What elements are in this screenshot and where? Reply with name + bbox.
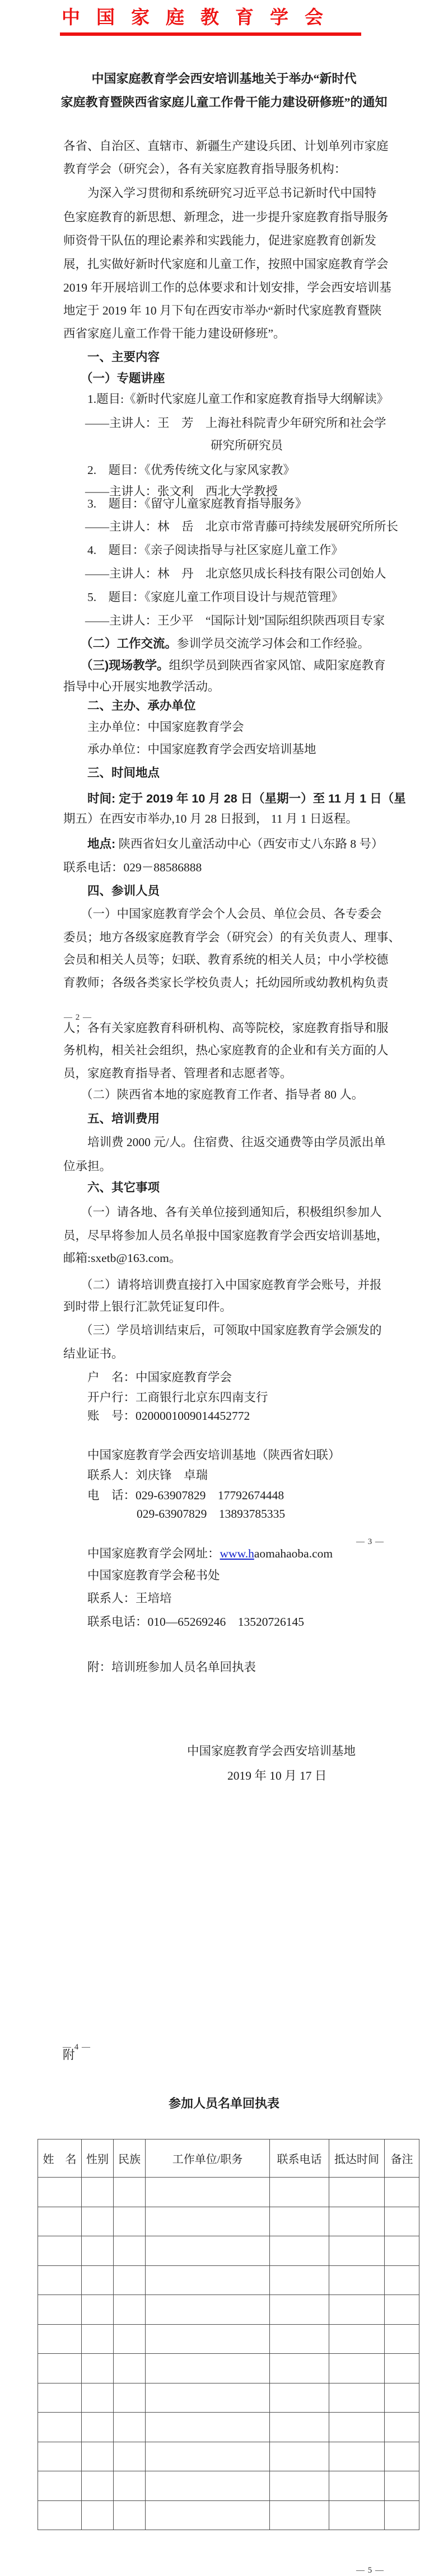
roster-cell <box>385 2383 419 2413</box>
text-run: （二）工作交流。 <box>81 637 177 650</box>
doc-line: 5. 题目：《家庭儿童工作项目设计与规范管理》 <box>87 590 343 604</box>
doc-line: 委员；地方各级家庭教育学会（研究会）的有关负责人、理事、 <box>63 930 400 945</box>
text-run: 组织学员到陕西省家风馆、咸阳家庭教育 <box>169 659 386 672</box>
doc-line: 色家庭教育的新思想、新理念，进一步提升家庭教育指导服务 <box>63 210 389 224</box>
roster-cell <box>146 2295 270 2325</box>
doc-line: 主办单位：中国家庭教育学会 <box>87 720 244 734</box>
roster-cell <box>329 2500 385 2530</box>
roster-cell <box>82 2442 114 2471</box>
roster-cell <box>329 2324 385 2354</box>
roster-cell <box>82 2500 114 2530</box>
roster-cell <box>38 2383 82 2413</box>
roster-cell <box>270 2178 329 2207</box>
text-run: 地点: <box>87 837 115 851</box>
roster-cell <box>82 2178 114 2207</box>
roster-cell <box>114 2178 146 2207</box>
roster-cell <box>114 2500 146 2530</box>
doc-line: 联系人：王培培 <box>87 1591 172 1606</box>
text-run: 附：培训班参加人员名单回执表 <box>87 1660 256 1674</box>
doc-line: （一）中国家庭教育学会个人会员、单位会员、各专委会 <box>81 907 382 921</box>
roster-cell <box>38 2413 82 2442</box>
roster-cell <box>329 2413 385 2442</box>
text-run: 会员和相关人员等；妇联、教育系统的相关人员；中小学校德 <box>63 953 389 966</box>
roster-cell <box>82 2236 114 2266</box>
page-number: — 2 — <box>64 1013 92 1022</box>
section-heading: 三、时间地点 <box>87 766 160 780</box>
doc-line: 研究所研究员 <box>211 438 283 453</box>
text-run: 邮箱:sxetb@163.com。 <box>63 1251 181 1265</box>
notice-title-line1: 中国家庭教育学会西安培训基地关于举办“新时代 <box>0 69 448 87</box>
text-run: （二）请将培训费直接打入中国家庭教育学会账号，并报 <box>81 1278 382 1292</box>
text-run: 各省、自治区、直辖市、新疆生产建设兵团、计划单列市家庭 <box>63 139 389 153</box>
roster-cell <box>385 2413 419 2442</box>
doc-line: 培训费 2000 元/人。住宿费、往返交通费等由学员派出单 <box>87 1135 386 1149</box>
text-run: 户 名：中国家庭教育学会 <box>87 1371 232 1384</box>
doc-line: 各省、自治区、直辖市、新疆生产建设兵团、计划单列市家庭 <box>63 139 389 153</box>
roster-cell <box>38 2265 82 2295</box>
roster-row <box>38 2236 419 2266</box>
roster-cell <box>38 2324 82 2354</box>
roster-cell <box>270 2471 329 2501</box>
doc-line: 员，尽早将参加人员名单报中国家庭教育学会西安培训基地， <box>63 1228 389 1243</box>
text-run: （一）请各地、各有关单位接到通知后，积极组织参加人 <box>81 1205 382 1219</box>
text-run: 联系人：刘庆锋 卓瑞 <box>87 1468 208 1482</box>
doc-line: ——主讲人：林 丹 北京悠贝成长科技有限公司创始人 <box>85 566 386 581</box>
roster-cell <box>329 2236 385 2266</box>
doc-line: 时间: 定于 2019 年 10 月 28 日（星期一）至 11 月 1 日（星 <box>87 791 406 806</box>
text-run: 029-63907829 13893785335 <box>137 1507 285 1521</box>
text-run: 电 话：029-63907829 17792674448 <box>87 1489 284 1502</box>
roster-cell <box>82 2324 114 2354</box>
text-run: 人；各有关家庭教育科研机构、高等院校，家庭教育指导和服 <box>63 1021 389 1035</box>
roster-cell <box>329 2207 385 2236</box>
text-run: ——主讲人：王 芳 上海社科院青少年研究所和社会学 <box>85 416 386 430</box>
roster-header-cell: 工作单位/职务 <box>146 2139 270 2178</box>
text-run: 时间: 定于 2019 年 10 月 28 日（星期一）至 11 月 1 日（星 <box>87 792 406 805</box>
roster-cell <box>146 2354 270 2383</box>
text-run: 中国家庭教育学会西安培训基地 <box>187 1744 356 1758</box>
roster-cell <box>270 2354 329 2383</box>
doc-line: 开户行：工商银行北京东四南支行 <box>87 1390 268 1405</box>
doc-line: 西省家庭儿童工作骨干能力建设研修班”。 <box>63 326 286 341</box>
roster-cell <box>146 2236 270 2266</box>
roster-cell <box>114 2413 146 2442</box>
text-run: 二、主办、承办单位 <box>87 699 196 712</box>
text-run: 3. 题目：《留守儿童家庭教育指导服务》 <box>87 497 307 510</box>
doc-line: 2019 年 10 月 17 日 <box>227 1768 326 1783</box>
doc-line: 地定于 2019 年 10 月下旬在西安市举办“新时代家庭教育暨陕 <box>63 303 382 318</box>
roster-cell <box>114 2471 146 2501</box>
roster-row <box>38 2324 419 2354</box>
roster-row <box>38 2442 419 2471</box>
doc-line: 029-63907829 13893785335 <box>137 1507 285 1521</box>
roster-cell <box>270 2265 329 2295</box>
doc-line: 为深入学习贯彻和系统研究习近平总书记新时代中国特 <box>87 186 376 200</box>
roster-cell <box>270 2413 329 2442</box>
section-heading: 二、主办、承办单位 <box>87 698 196 713</box>
doc-line: 中国家庭教育学会网址：www.haomahaoba.com <box>87 1546 333 1561</box>
text-run: 师资骨干队伍的理论素养和实践能力，促进家庭教育创新发 <box>63 234 376 247</box>
doc-line: 账 号：0200001009014452772 <box>87 1409 250 1423</box>
page-number: — 3 — <box>356 1537 384 1547</box>
text-run: 展，扎实做好新时代家庭和儿童工作，按照中国家庭教育学会 <box>63 257 389 271</box>
roster-cell <box>38 2471 82 2501</box>
org-header-title: 中国家庭教育学会 <box>62 3 339 29</box>
roster-cell <box>329 2383 385 2413</box>
roster-cell <box>82 2295 114 2325</box>
text-run: 地定于 2019 年 10 月下旬在西安市举办“新时代家庭教育暨陕 <box>63 304 382 317</box>
roster-row <box>38 2178 419 2207</box>
doc-line: 3. 题目：《留守儿童家庭教育指导服务》 <box>87 496 307 511</box>
text-run: 开户行：工商银行北京东四南支行 <box>87 1391 268 1404</box>
text-run: 为深入学习贯彻和系统研究习近平总书记新时代中国特 <box>87 186 376 200</box>
roster-cell <box>82 2471 114 2501</box>
roster-cell <box>385 2236 419 2266</box>
text-run: 承办单位：中国家庭教育学会西安培训基地 <box>87 743 316 756</box>
text-run: （二）陕西省本地的家庭教育工作者、指导者 80 人。 <box>81 1088 363 1101</box>
roster-cell <box>146 2413 270 2442</box>
text-run: 联系电话：029－88586888 <box>63 861 202 874</box>
roster-header-cell: 民族 <box>114 2139 146 2178</box>
roster-cell <box>38 2207 82 2236</box>
text-run: 务机构，相关社会组织，热心家庭教育的企业和有关方面的人 <box>63 1044 389 1057</box>
website-link[interactable]: www.h <box>220 1547 254 1560</box>
text-run: 联系人：王培培 <box>87 1592 172 1605</box>
roster-row <box>38 2471 419 2501</box>
section-heading: （一）专题讲座 <box>81 371 165 386</box>
roster-cell <box>385 2471 419 2501</box>
text-run: （一）专题讲座 <box>81 372 165 385</box>
doc-line: 附：培训班参加人员名单回执表 <box>87 1660 256 1674</box>
roster-header-cell: 性别 <box>82 2139 114 2178</box>
text-run: 色家庭教育的新思想、新理念，进一步提升家庭教育指导服务 <box>63 210 389 224</box>
roster-cell <box>114 2324 146 2354</box>
roster-cell <box>270 2500 329 2530</box>
roster-cell <box>385 2295 419 2325</box>
doc-line: 育教师；各级各类家长学校负责人；托幼园所或幼教机构负责 <box>63 975 389 990</box>
roster-cell <box>270 2383 329 2413</box>
text-run: ——主讲人：王少平 “国际计划”国际组织陕西项目专家 <box>85 614 385 627</box>
roster-cell <box>38 2354 82 2383</box>
doc-line: 结业证书。 <box>63 1346 124 1361</box>
text-run: 委员；地方各级家庭教育学会（研究会）的有关负责人、理事、 <box>63 931 400 944</box>
roster-cell <box>385 2500 419 2530</box>
roster-header-row: 姓 名性别民族工作单位/职务联系电话抵达时间备注 <box>38 2139 419 2178</box>
text-run: 指导中心开展实地教学活动。 <box>63 680 220 693</box>
roster-row <box>38 2265 419 2295</box>
doc-line: 电 话：029-63907829 17792674448 <box>87 1488 284 1503</box>
text-run: 1.题目:《新时代家庭儿童工作和家庭教育指导大纲解读》 <box>87 392 389 406</box>
roster-cell <box>385 2324 419 2354</box>
roster-cell <box>146 2265 270 2295</box>
text-run: 六、其它事项 <box>87 1181 160 1194</box>
doc-line: （三)现场教学。组织学员到陕西省家风馆、咸阳家庭教育 <box>81 658 386 673</box>
doc-line: 联系电话：010—65269246 13520726145 <box>87 1615 304 1629</box>
roster-cell <box>38 2442 82 2471</box>
doc-line: 中国家庭教育学会秘书处 <box>87 1568 220 1583</box>
roster-cell <box>114 2354 146 2383</box>
roster-cell <box>270 2442 329 2471</box>
doc-line: 承办单位：中国家庭教育学会西安培训基地 <box>87 742 316 757</box>
doc-line: 1.题目:《新时代家庭儿童工作和家庭教育指导大纲解读》 <box>87 392 389 406</box>
doc-line: 联系人：刘庆锋 卓瑞 <box>87 1468 208 1482</box>
text-run: 研究所研究员 <box>211 439 283 452</box>
roster-row <box>38 2413 419 2442</box>
roster-cell <box>114 2442 146 2471</box>
doc-line: 2. 题目：《优秀传统文化与家风家教》 <box>87 463 295 477</box>
text-run: 西省家庭儿童工作骨干能力建设研修班”。 <box>63 327 286 340</box>
text-run: ——主讲人：林 丹 北京悠贝成长科技有限公司创始人 <box>85 567 386 580</box>
roster-header-cell: 备注 <box>385 2139 419 2178</box>
doc-line: ——主讲人：王 芳 上海社科院青少年研究所和社会学 <box>85 416 386 430</box>
doc-line: 位承担。 <box>63 1159 111 1174</box>
text-run: （三）学员培训结束后，可领取中国家庭教育学会颁发的 <box>81 1324 382 1337</box>
text-run: （一）中国家庭教育学会个人会员、单位会员、各专委会 <box>81 907 382 921</box>
roster-cell <box>329 2354 385 2383</box>
text-run: aomahaoba.com <box>254 1547 333 1560</box>
roster-cell <box>270 2236 329 2266</box>
roster-cell <box>270 2324 329 2354</box>
roster-cell <box>146 2442 270 2471</box>
doc-line: ——主讲人：王少平 “国际计划”国际组织陕西项目专家 <box>85 613 385 628</box>
doc-line: （二）请将培训费直接打入中国家庭教育学会账号，并报 <box>81 1278 382 1292</box>
doc-line: 教育学会（研究会），各有关家庭教育指导服务机构： <box>63 162 346 176</box>
text-run: 教育学会（研究会），各有关家庭教育指导服务机构： <box>63 162 346 176</box>
roster-cell <box>38 2295 82 2325</box>
text-run: 位承担。 <box>63 1160 111 1173</box>
text-run: 期五）在西安市举办,10 月 28 日报到， 11 月 1 日返程。 <box>63 812 358 825</box>
section-heading: 四、参训人员 <box>87 884 160 898</box>
roster-header-cell: 联系电话 <box>270 2139 329 2178</box>
roster-cell <box>146 2178 270 2207</box>
roster-row <box>38 2354 419 2383</box>
roster-cell <box>114 2295 146 2325</box>
roster-cell <box>329 2442 385 2471</box>
page-number: — 5 — <box>356 2566 384 2575</box>
roster-cell <box>82 2383 114 2413</box>
roster-cell <box>385 2178 419 2207</box>
text-run: 5. 题目：《家庭儿童工作项目设计与规范管理》 <box>87 590 343 604</box>
doc-line: 务机构，相关社会组织，热心家庭教育的企业和有关方面的人 <box>63 1043 389 1058</box>
roster-cell <box>82 2413 114 2442</box>
roster-cell <box>385 2207 419 2236</box>
doc-line: 2019 年开展培训工作的总体要求和计划安排，学会西安培训基 <box>63 280 391 295</box>
roster-cell <box>38 2178 82 2207</box>
doc-line: 4. 题目：《亲子阅读指导与社区家庭儿童工作》 <box>87 543 343 557</box>
text-run: 结业证书。 <box>63 1347 124 1360</box>
text-run: 育教师；各级各类家长学校负责人；托幼园所或幼教机构负责 <box>63 976 389 989</box>
roster-cell <box>270 2295 329 2325</box>
text-run: 账 号：0200001009014452772 <box>87 1409 250 1423</box>
doc-line: 师资骨干队伍的理论素养和实践能力，促进家庭教育创新发 <box>63 233 376 248</box>
page-number: — 4 — <box>63 2043 91 2052</box>
roster-cell <box>146 2383 270 2413</box>
text-run: 2019 年开展培训工作的总体要求和计划安排，学会西安培训基 <box>63 281 391 294</box>
roster-cell <box>38 2500 82 2530</box>
section-heading: 一、主要内容 <box>87 350 160 364</box>
text-run: 三、时间地点 <box>87 766 160 780</box>
roster-cell <box>329 2178 385 2207</box>
roster-cell <box>146 2471 270 2501</box>
doc-line: 员，家庭教育指导者、管理者和志愿者等。 <box>63 1066 292 1081</box>
text-run: 四、参训人员 <box>87 884 160 898</box>
roster-cell <box>114 2207 146 2236</box>
roster-cell <box>114 2265 146 2295</box>
notice-title-line2: 家庭教育暨陕西省家庭儿童工作骨干能力建设研修班”的通知 <box>0 93 448 110</box>
roster-row <box>38 2295 419 2325</box>
text-run: 中国家庭教育学会网址： <box>87 1547 220 1560</box>
roster-table: 姓 名性别民族工作单位/职务联系电话抵达时间备注 <box>38 2139 419 2530</box>
doc-line: （二）陕西省本地的家庭教育工作者、指导者 80 人。 <box>81 1087 363 1102</box>
text-run: 员，家庭教育指导者、管理者和志愿者等。 <box>63 1067 292 1080</box>
text-run: 中国家庭教育学会秘书处 <box>87 1569 220 1582</box>
text-run: 员，尽早将参加人员名单报中国家庭教育学会西安培训基地， <box>63 1229 389 1242</box>
doc-line: 地点: 陕西省妇女儿童活动中心（西安市丈八东路 8 号） <box>87 837 384 851</box>
doc-line: （二）工作交流。参训学员交流学习体会和工作经验。 <box>81 636 370 651</box>
roster-cell <box>146 2500 270 2530</box>
doc-line: 人；各有关家庭教育科研机构、高等院校，家庭教育指导和服 <box>63 1021 389 1035</box>
roster-cell <box>329 2265 385 2295</box>
roster-cell <box>385 2354 419 2383</box>
text-run: 五、培训费用 <box>87 1112 160 1125</box>
doc-line: 指导中心开展实地教学活动。 <box>63 679 220 694</box>
roster-cell <box>146 2324 270 2354</box>
text-run: 陕西省妇女儿童活动中心（西安市丈八东路 8 号） <box>115 837 383 851</box>
roster-cell <box>146 2207 270 2236</box>
text-run: 中国家庭教育学会西安培训基地（陕西省妇联） <box>87 1448 340 1462</box>
roster-row <box>38 2207 419 2236</box>
section-heading: 六、其它事项 <box>87 1180 160 1195</box>
doc-line: 中国家庭教育学会西安培训基地（陕西省妇联） <box>87 1448 340 1462</box>
roster-row <box>38 2383 419 2413</box>
text-run: 4. 题目：《亲子阅读指导与社区家庭儿童工作》 <box>87 543 343 557</box>
text-run: ——主讲人：林 岳 北京市常青藤可持续发展研究所所长 <box>85 520 398 533</box>
doc-line: 会员和相关人员等；妇联、教育系统的相关人员；中小学校德 <box>63 952 389 967</box>
text-run: 2. 题目：《优秀传统文化与家风家教》 <box>87 463 295 477</box>
roster-row <box>38 2500 419 2530</box>
roster-cell <box>114 2236 146 2266</box>
doc-line: ——主讲人：林 岳 北京市常青藤可持续发展研究所所长 <box>85 519 398 534</box>
roster-cell <box>82 2265 114 2295</box>
attachment-title: 参加人员名单回执表 <box>0 2094 448 2112</box>
roster-cell <box>82 2207 114 2236</box>
doc-line: 中国家庭教育学会西安培训基地 <box>187 1744 356 1758</box>
doc-line: 邮箱:sxetb@163.com。 <box>63 1251 181 1265</box>
doc-line: 户 名：中国家庭教育学会 <box>87 1370 232 1385</box>
roster-cell <box>114 2383 146 2413</box>
roster-header-cell: 抵达时间 <box>329 2139 385 2178</box>
roster-cell <box>270 2207 329 2236</box>
document-page: 中国家庭教育学会 中国家庭教育学会西安培训基地关于举办“新时代 家庭教育暨陕西省… <box>0 0 448 2576</box>
doc-line: （三）学员培训结束后，可领取中国家庭教育学会颁发的 <box>81 1323 382 1338</box>
text-run: 2019 年 10 月 17 日 <box>227 1769 326 1782</box>
doc-line: 展，扎实做好新时代家庭和儿童工作，按照中国家庭教育学会 <box>63 257 389 271</box>
red-divider <box>60 32 361 36</box>
text-run: 主办单位：中国家庭教育学会 <box>87 720 244 734</box>
roster-cell <box>38 2236 82 2266</box>
text-run: 联系电话：010—65269246 13520726145 <box>87 1615 304 1629</box>
doc-line: 到时带上银行汇款凭证复印件。 <box>63 1299 232 1314</box>
section-heading: 五、培训费用 <box>87 1111 160 1126</box>
text-run: （三)现场教学。 <box>81 659 169 672</box>
doc-line: 期五）在西安市举办,10 月 28 日报到， 11 月 1 日返程。 <box>63 811 358 826</box>
roster-cell <box>82 2354 114 2383</box>
text-run: 一、主要内容 <box>87 350 160 364</box>
roster-cell <box>329 2471 385 2501</box>
roster-cell <box>385 2442 419 2471</box>
roster-header-cell: 姓 名 <box>38 2139 82 2178</box>
doc-line: 联系电话：029－88586888 <box>63 860 202 875</box>
roster-cell <box>329 2295 385 2325</box>
text-run: 培训费 2000 元/人。住宿费、往返交通费等由学员派出单 <box>87 1135 386 1149</box>
doc-line: （一）请各地、各有关单位接到通知后，积极组织参加人 <box>81 1205 382 1219</box>
roster-cell <box>385 2265 419 2295</box>
text-run: 参训学员交流学习体会和工作经验。 <box>177 637 370 650</box>
text-run: 到时带上银行汇款凭证复印件。 <box>63 1300 232 1313</box>
